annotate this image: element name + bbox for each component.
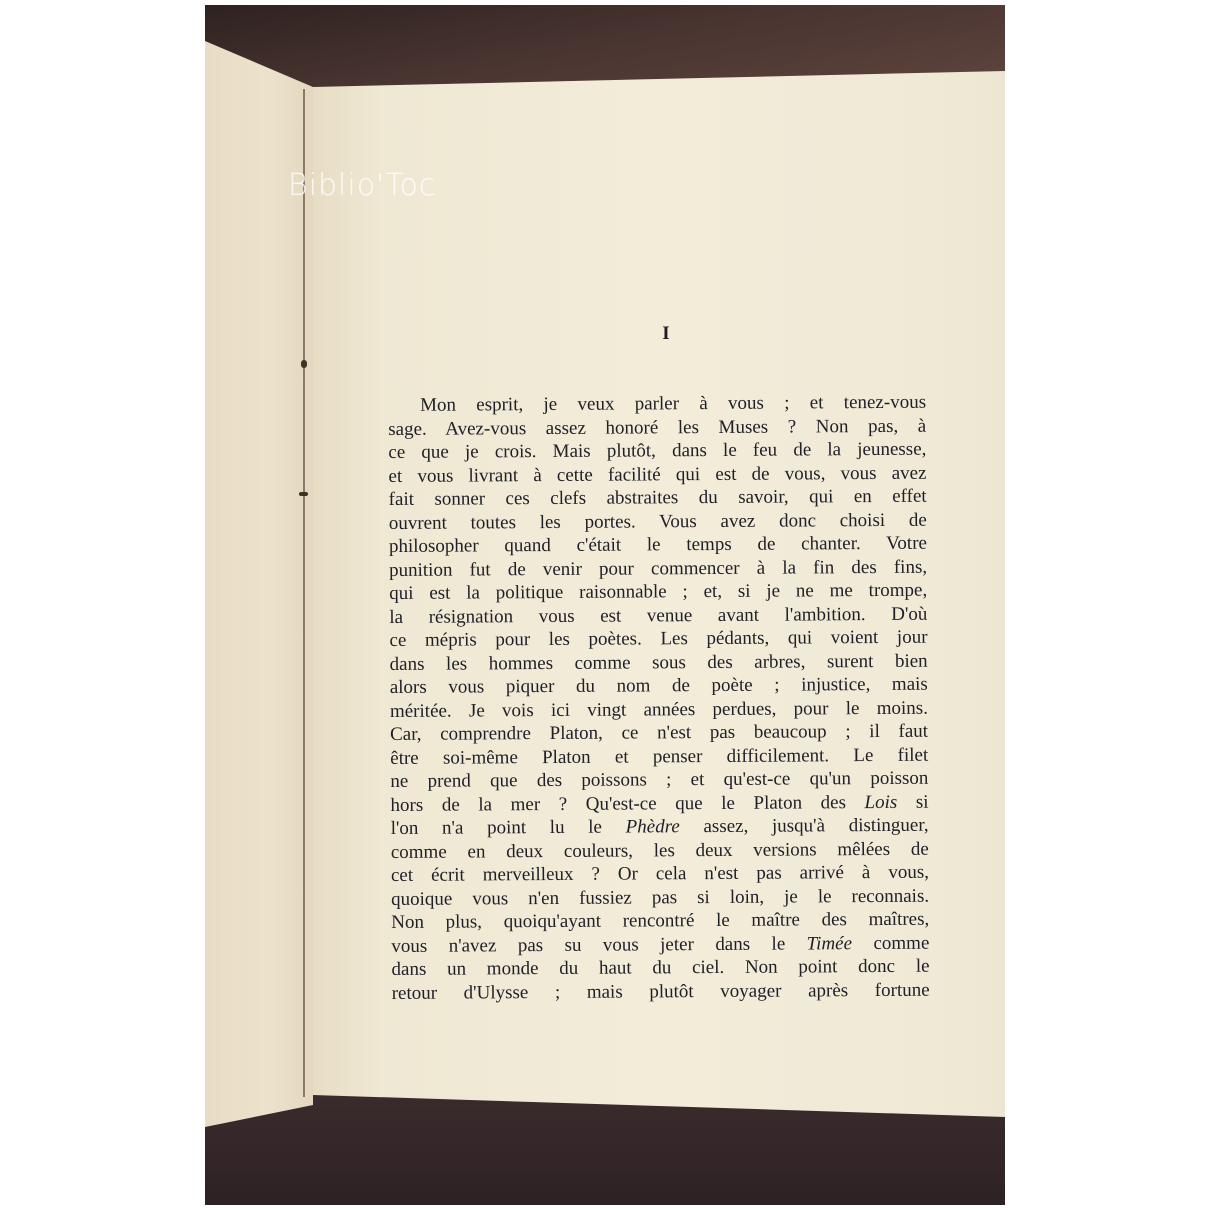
text-line: dans les hommes comme sous des arbres, s…: [390, 649, 928, 676]
binding-stitch-icon: [299, 492, 308, 496]
text-line: punition fut de venir pour commencer à l…: [389, 555, 927, 582]
text-line: ouvrent toutes les portes. Vous avez don…: [389, 508, 927, 535]
binding-stitch-icon: [301, 360, 307, 368]
italic-title: Timée: [807, 933, 853, 954]
text-line: vous n'avez pas su vous jeter dans le Ti…: [391, 931, 929, 958]
text-line: l'on n'a point lu le Phèdre assez, jusqu…: [391, 814, 929, 841]
body-text: Mon esprit, je veux parler à vous ; et t…: [388, 391, 930, 1005]
text-line: fait sonner ces clefs abstraites du savo…: [389, 485, 927, 512]
text-line: et vous livrant à cette facilité qui est…: [388, 461, 926, 488]
text-line: Car, comprendre Platon, ce n'est pas bea…: [390, 720, 928, 747]
book-gutter: [303, 89, 305, 1097]
text-line: quoique vous n'en fussiez pas si loin, j…: [391, 884, 929, 911]
text-line: ne prend que des poissons ; et qu'est-ce…: [390, 767, 928, 794]
chapter-heading: I: [651, 323, 681, 345]
text-line: philosopher quand c'était le temps de ch…: [389, 532, 927, 559]
watermark: Biblio'Toc: [288, 168, 436, 203]
text-line: alors vous piquer du nom de poète ; inju…: [390, 673, 928, 700]
text-line: cet écrit merveilleux ? Or cela n'est pa…: [391, 861, 929, 888]
text-line: Non plus, quoiqu'ayant rencontré le maît…: [391, 908, 929, 935]
text-line: être soi-même Platon et penser difficile…: [390, 743, 928, 770]
italic-title: Phèdre: [626, 816, 680, 837]
italic-title: Lois: [864, 791, 897, 812]
text-line: qui est la politique raisonnable ; et, s…: [389, 579, 927, 606]
text-line: hors de la mer ? Qu'est-ce que le Platon…: [390, 790, 928, 817]
text-line: la résignation vous est venue avant l'am…: [389, 602, 927, 629]
text-line: retour d'Ulysse ; mais plutôt voyager ap…: [392, 978, 930, 1005]
text-line: Mon esprit, je veux parler à vous ; et t…: [388, 391, 926, 418]
text-line: méritée. Je vois ici vingt années perdue…: [390, 696, 928, 723]
text-line: dans un monde du haut du ciel. Non point…: [391, 955, 929, 982]
text-line: ce que je crois. Mais plutôt, dans le fe…: [388, 438, 926, 465]
text-line: sage. Avez-vous assez honoré les Muses ?…: [388, 414, 926, 441]
text-line: comme en deux couleurs, les deux version…: [391, 837, 929, 864]
book-photo: Biblio'Toc I Mon esprit, je veux parler …: [205, 5, 1005, 1205]
text-line: ce mépris pour les poètes. Les pédants, …: [389, 626, 927, 653]
